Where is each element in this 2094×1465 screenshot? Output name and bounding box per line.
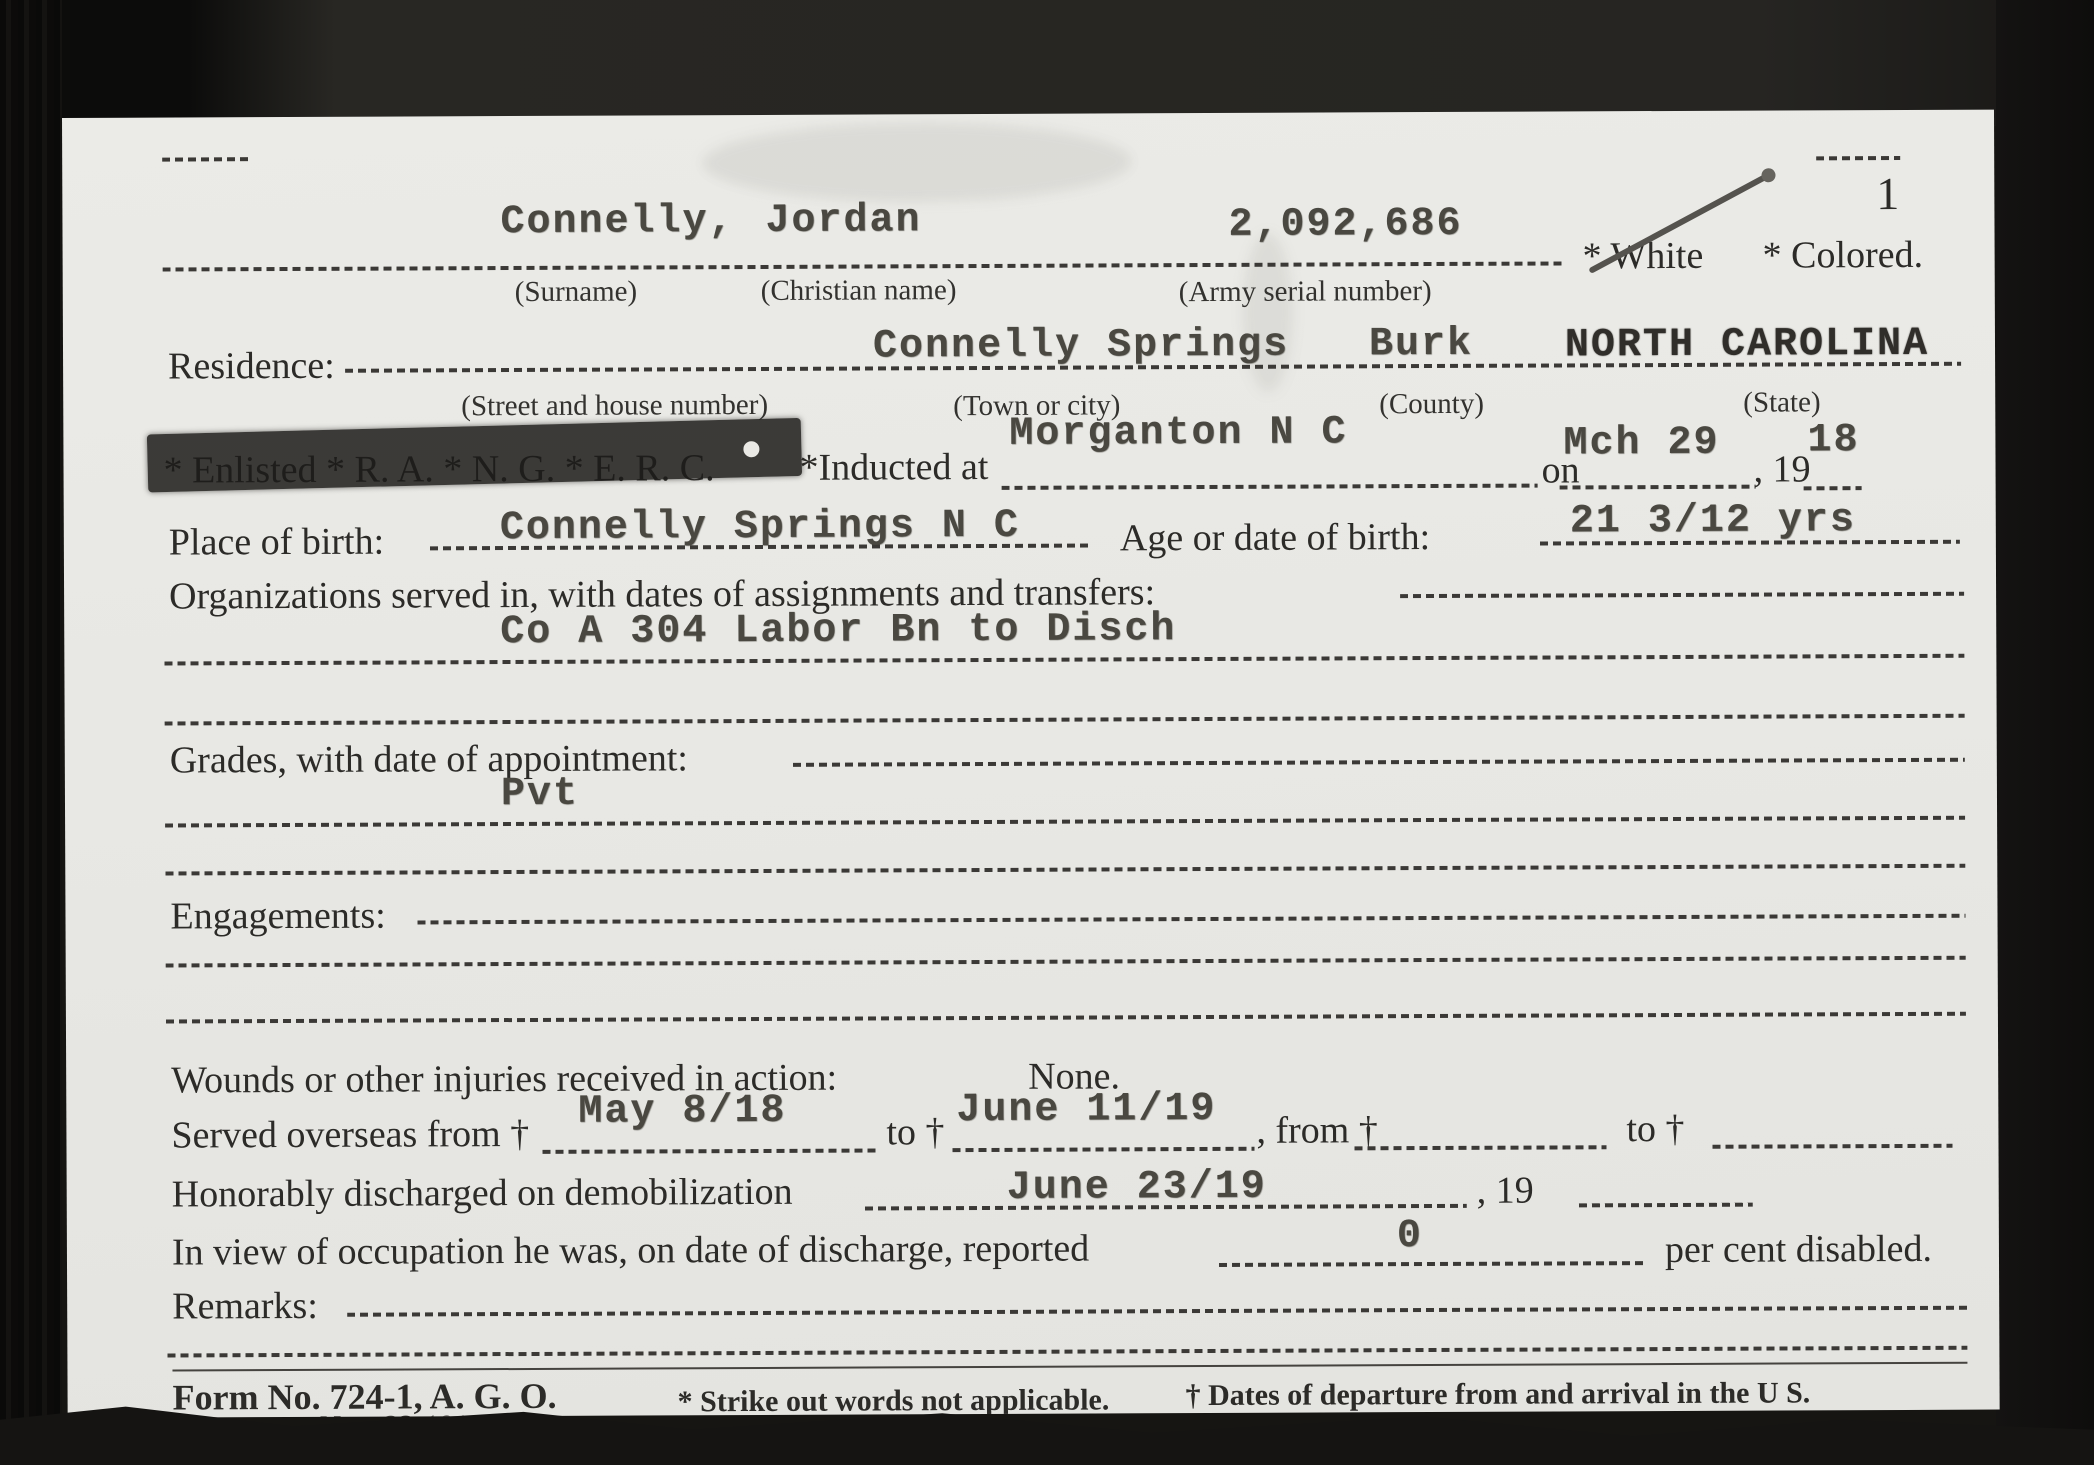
typed-percent-disabled: 0 (1397, 1214, 1423, 1259)
footer-rule (172, 1362, 1967, 1372)
typed-induction-year: 18 (1807, 418, 1859, 463)
page-number: 1 (1876, 170, 1899, 218)
discharge-line-2 (1579, 1203, 1753, 1208)
name-line (163, 261, 1565, 271)
serial-number-label: (Army serial number) (1179, 275, 1432, 309)
remarks-label: Remarks: (172, 1287, 318, 1328)
overseas-line-2 (953, 1147, 1255, 1152)
remarks-line-2 (167, 1346, 1967, 1358)
overseas-from-label: Served overseas from † (171, 1115, 529, 1156)
discharge-label: Honorably discharged on demobilization (172, 1173, 793, 1216)
typed-discharge-date: June 23/19 (1007, 1165, 1267, 1211)
inducted-at-label: *Inducted at (799, 448, 988, 489)
typed-induction-place: Morganton N C (1009, 410, 1347, 456)
place-of-birth-label: Place of birth: (169, 523, 384, 564)
overseas-to2-label: to † (1626, 1110, 1684, 1150)
induction-place-line (1002, 484, 1538, 490)
induction-date-line (1560, 485, 1756, 490)
grades-line-2 (165, 816, 1965, 828)
disability-suffix: per cent disabled. (1665, 1230, 1932, 1271)
overseas-line-3 (1354, 1145, 1606, 1150)
typed-induction-date: Mch 29 (1563, 421, 1719, 467)
typed-state: NORTH CAROLINA (1565, 322, 1929, 369)
organizations-line-2 (164, 654, 1964, 666)
top-left-mark (162, 157, 252, 161)
christian-name-label: (Christian name) (761, 274, 957, 308)
typed-grade: Pvt (501, 772, 579, 817)
strike-out-note: * Strike out words not applicable. (678, 1383, 1110, 1418)
punch-hole (743, 441, 759, 457)
grades-line-1 (793, 758, 1965, 767)
surname-label: (Surname) (515, 275, 638, 309)
typed-age: 21 3/12 yrs (1570, 498, 1856, 544)
colored-option-label: * Colored. (1763, 236, 1924, 277)
grades-label: Grades, with date of appointment: (170, 739, 688, 781)
dagger-note: † Dates of departure from and arrival in… (1186, 1376, 1811, 1413)
age-label: Age or date of birth: (1120, 518, 1430, 559)
discharge-year-prefix: , 19 (1477, 1172, 1534, 1212)
scan-right-border (1996, 0, 2094, 1465)
typed-surname: Connelly, (500, 199, 734, 245)
organizations-line-1 (1400, 592, 1964, 598)
typed-overseas-to: June 11/19 (956, 1087, 1216, 1133)
organizations-line-3 (165, 714, 1965, 726)
typed-town: Connelly Springs (873, 323, 1289, 370)
typed-serial-number: 2,092,686 (1228, 202, 1462, 248)
street-label: (Street and house number) (461, 389, 768, 423)
engagements-line-1 (418, 914, 1966, 925)
scan-smudge (702, 121, 1132, 203)
engagements-label: Engagements: (170, 897, 385, 938)
disability-line (1219, 1261, 1643, 1267)
overseas-line-4 (1712, 1144, 1952, 1149)
disability-label: In view of occupation he was, on date of… (172, 1230, 1089, 1274)
book-binding-edge (0, 0, 62, 1465)
county-label: (County) (1379, 388, 1484, 421)
scan-top-border (0, 0, 2094, 126)
typed-county: Burk (1369, 322, 1473, 367)
engagements-line-2 (166, 956, 1966, 968)
remarks-line-1 (347, 1306, 1967, 1317)
typed-christian-name: Jordan (765, 198, 921, 244)
state-label: (State) (1743, 386, 1820, 419)
service-record-card: 1 Connelly, Jordan 2,092,686 * White * C… (62, 110, 2000, 1418)
engagements-line-3 (166, 1012, 1966, 1024)
induction-year-line (1804, 486, 1862, 490)
typed-birth-place: Connelly Springs N C (500, 504, 1020, 551)
year-prefix: , 19 (1753, 450, 1810, 490)
grades-line-3 (165, 864, 1965, 876)
overseas-line-1 (543, 1148, 879, 1153)
overseas-to-label: to † (886, 1113, 944, 1153)
residence-label: Residence: (168, 347, 335, 388)
page-number-overline (1816, 156, 1900, 160)
typed-organization: Co A 304 Labor Bn to Disch (500, 607, 1176, 655)
typed-overseas-from: May 8/18 (578, 1089, 786, 1135)
